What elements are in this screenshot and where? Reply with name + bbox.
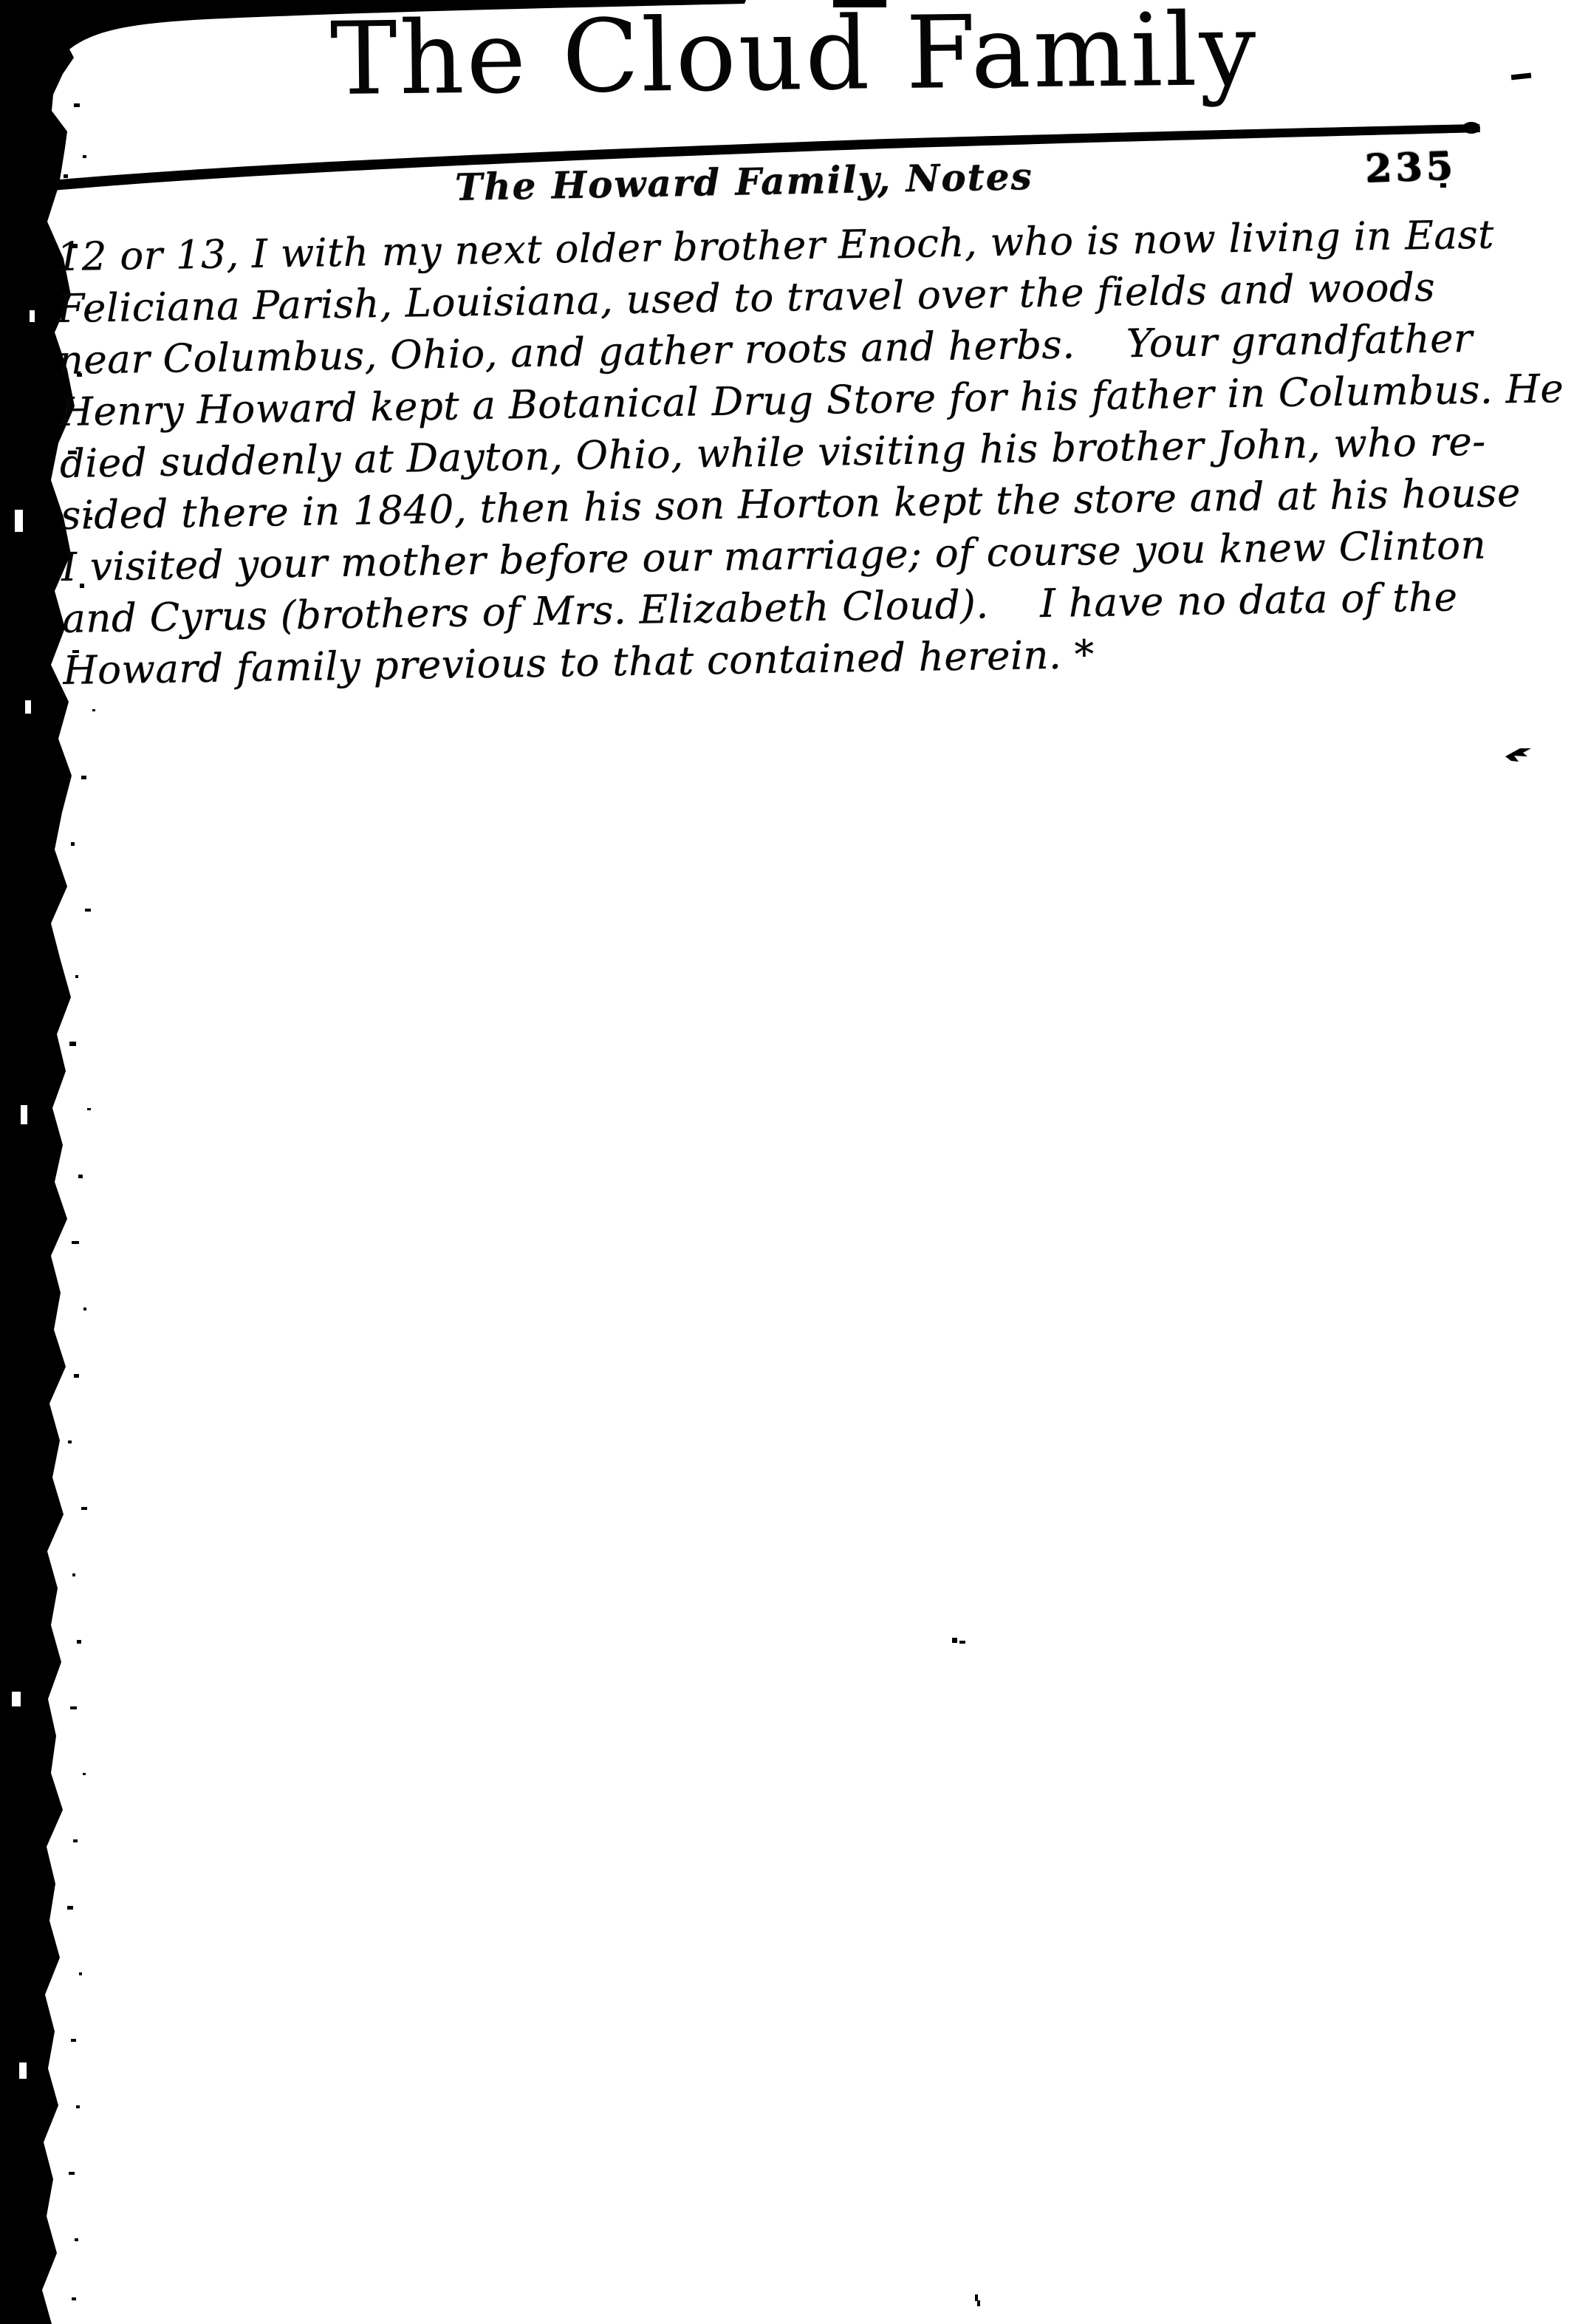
body-text-block: 12 or 13, I with my next older brother E… — [56, 208, 1568, 697]
stray-mark-right-margin — [1505, 748, 1531, 762]
stray-specks-center — [952, 1638, 965, 1644]
scanned-document-page: The Cloud Family The Howard Family, Note… — [0, 0, 1588, 2324]
page-title: The Cloud Family — [329, 0, 1259, 118]
stray-speck-bottom — [975, 2294, 980, 2306]
stray-dash-top-right — [1511, 73, 1532, 81]
headline-rule-end-blob — [1462, 122, 1480, 134]
page-number: 235 — [1364, 143, 1457, 191]
